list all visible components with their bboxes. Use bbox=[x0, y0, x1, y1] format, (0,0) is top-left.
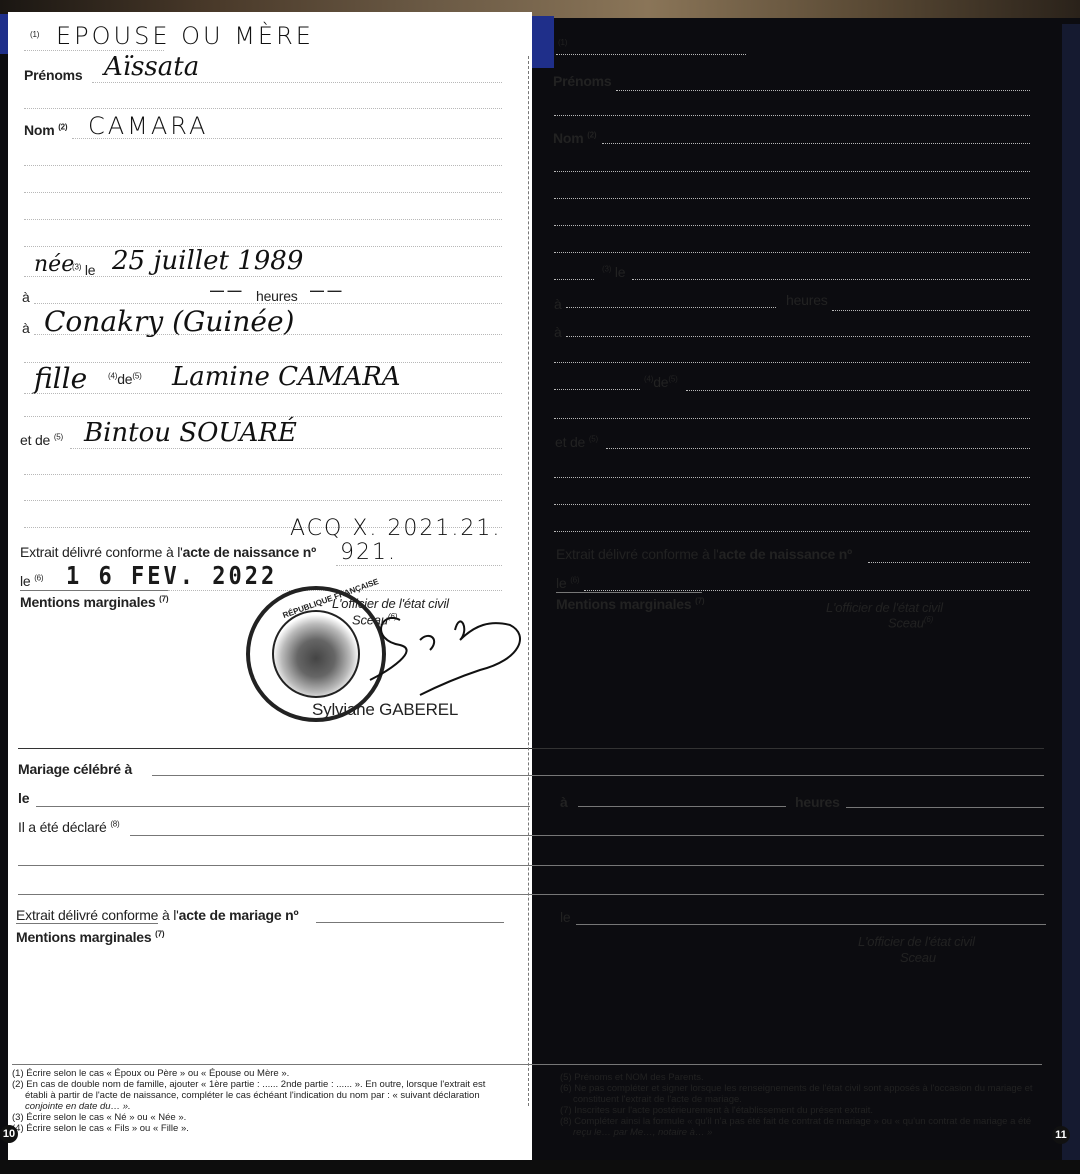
footnote: (6) Ne pas compléter et signer lorsque l… bbox=[560, 1083, 1050, 1094]
et-de-label: et de (5) bbox=[20, 432, 63, 448]
field-line bbox=[24, 416, 502, 417]
heures-label: heures bbox=[786, 292, 828, 308]
ne-value: née bbox=[34, 252, 74, 277]
prenoms-label: Prénoms bbox=[553, 73, 612, 89]
footnote: (8) Compléter ainsi la formule « qu'il n… bbox=[560, 1116, 1050, 1127]
field-line bbox=[556, 54, 746, 55]
field-line bbox=[72, 138, 502, 139]
field-line bbox=[24, 108, 502, 109]
de-label: (4)de(5) bbox=[108, 371, 142, 387]
footnote: établi à partir de l'acte de naissance, … bbox=[12, 1090, 512, 1101]
field-line bbox=[36, 806, 530, 807]
footnote: reçu le… par Me…, notaire à… » bbox=[560, 1127, 1050, 1138]
field-line bbox=[566, 336, 1030, 337]
prenoms-label: Prénoms bbox=[24, 67, 83, 83]
extrait-naissance-label: Extrait délivré conforme à l'acte de nai… bbox=[20, 544, 316, 560]
field-line bbox=[846, 807, 1044, 808]
footnote: (4) Écrire selon le cas « Fils » ou « Fi… bbox=[12, 1123, 512, 1134]
fils-fille-value: fille bbox=[34, 362, 87, 395]
field-line bbox=[316, 922, 504, 923]
field-line bbox=[554, 477, 1030, 478]
footnote: (5) Prénoms et NOM des Parents. bbox=[560, 1072, 1050, 1083]
field-line bbox=[20, 590, 168, 591]
field-line bbox=[16, 923, 158, 924]
field-line bbox=[832, 310, 1030, 311]
footnote-divider bbox=[12, 1064, 1042, 1065]
booklet-cover-edge bbox=[1062, 24, 1080, 1164]
field-line bbox=[616, 90, 1030, 91]
footnote: constituent l'extrait de l'acte de maria… bbox=[560, 1094, 1050, 1105]
footnote-ref: (1) bbox=[30, 30, 39, 39]
footnote: conjointe en date du… ». bbox=[12, 1101, 512, 1112]
field-line bbox=[554, 198, 1030, 199]
field-line bbox=[70, 448, 502, 449]
field-line bbox=[130, 835, 1044, 836]
page-number-left: 10 bbox=[0, 1125, 18, 1143]
field-line bbox=[554, 115, 1030, 116]
father-value: Lamine CAMARA bbox=[172, 362, 401, 392]
minutes-dash: — — bbox=[310, 282, 341, 298]
extrait-mariage-label: Extrait délivré conforme à l'acte de mar… bbox=[16, 907, 298, 923]
field-line bbox=[24, 500, 502, 501]
signatory-name: Sylviane GABEREL bbox=[312, 700, 458, 720]
footnote: (3) Écrire selon le cas « Né » ou « Née … bbox=[12, 1112, 512, 1123]
field-line bbox=[584, 590, 1030, 591]
sceau-2-label: Sceau bbox=[900, 950, 936, 965]
et-de-label: et de (5) bbox=[555, 434, 598, 450]
field-line bbox=[554, 252, 1030, 253]
seal-emblem bbox=[272, 610, 360, 698]
field-line bbox=[24, 219, 502, 220]
field-line bbox=[34, 334, 502, 335]
a-label: à bbox=[22, 289, 30, 305]
field-line bbox=[92, 82, 502, 83]
field-line bbox=[24, 165, 502, 166]
field-line bbox=[554, 531, 1030, 532]
place-label: à bbox=[22, 320, 30, 336]
field-line bbox=[336, 565, 502, 566]
officer-2-label: L'officier de l'état civil bbox=[858, 934, 975, 949]
mariage-a-label: à bbox=[560, 794, 568, 810]
field-line bbox=[686, 390, 1030, 391]
hours-dash: — — bbox=[210, 282, 241, 298]
field-line bbox=[24, 393, 502, 394]
background-surface bbox=[0, 1160, 1080, 1174]
footnote: (7) Inscrites sur l'acte postérieurement… bbox=[560, 1105, 1050, 1116]
acte-number-line2: 921. bbox=[340, 540, 397, 565]
field-line bbox=[554, 418, 1030, 419]
issue-date-stamp: 1 6 FEV. 2022 bbox=[66, 562, 277, 591]
footnote: (1) Écrire selon le cas « Époux ou Père … bbox=[12, 1068, 512, 1079]
birth-date-value: 25 juillet 1989 bbox=[112, 246, 303, 276]
mariage-le-label: le bbox=[18, 790, 29, 806]
mentions-marginales-2-label: Mentions marginales (7) bbox=[16, 929, 164, 945]
footnotes-right: (5) Prénoms et NOM des Parents. (6) Ne p… bbox=[560, 1072, 1050, 1138]
mother-value: Bintou SOUARÉ bbox=[84, 418, 297, 448]
de-label: (4)de(5) bbox=[644, 374, 678, 390]
spouse-role-value: EPOUSE OU MÈRE bbox=[56, 22, 314, 50]
le-label: (3) le bbox=[602, 264, 625, 280]
field-line bbox=[554, 389, 640, 390]
field-line bbox=[868, 562, 1030, 563]
officer-label: L'officier de l'état civil bbox=[826, 600, 943, 615]
nom-label: Nom (2) bbox=[24, 122, 67, 138]
acte-number-line1: ACQ X. 2021.21. bbox=[290, 516, 501, 541]
field-line bbox=[24, 192, 502, 193]
issue-date-label: le (6) bbox=[20, 573, 43, 589]
field-line bbox=[554, 504, 1030, 505]
field-line bbox=[554, 279, 594, 280]
footnote-ref: (1) bbox=[558, 38, 567, 47]
heures-label: heures bbox=[256, 288, 298, 304]
footnote: (2) En cas de double nom de famille, ajo… bbox=[12, 1079, 512, 1090]
field-line bbox=[578, 806, 786, 807]
sceau-label: Sceau(6) bbox=[888, 615, 933, 630]
nom-label: Nom (2) bbox=[553, 130, 596, 146]
field-line bbox=[606, 448, 1030, 449]
field-line bbox=[556, 592, 702, 593]
field-line bbox=[24, 276, 502, 277]
field-line bbox=[576, 924, 1046, 925]
field-line bbox=[34, 303, 502, 304]
footnotes-left: (1) Écrire selon le cas « Époux ou Père … bbox=[12, 1068, 512, 1134]
signature bbox=[360, 600, 530, 710]
a-label: à bbox=[554, 296, 562, 312]
field-line bbox=[554, 171, 1030, 172]
field-line bbox=[24, 50, 164, 51]
mentions-marginales-label: Mentions marginales (7) bbox=[20, 594, 168, 610]
field-line bbox=[632, 279, 1030, 280]
issue-date-label: le (6) bbox=[556, 575, 579, 591]
mariage-heures-label: heures bbox=[795, 794, 840, 810]
field-line bbox=[602, 143, 1030, 144]
field-line bbox=[152, 775, 1044, 776]
prenoms-value: Aïssata bbox=[104, 52, 199, 82]
extrait-naissance-label: Extrait délivré conforme à l'acte de nai… bbox=[556, 546, 852, 562]
mariage-extrait-le-label: le bbox=[560, 909, 571, 925]
mentions-marginales-label: Mentions marginales (7) bbox=[556, 596, 704, 612]
page-number-right: 11 bbox=[1052, 1126, 1070, 1144]
place-label: à bbox=[554, 324, 562, 340]
booklet-spine-stitching bbox=[528, 56, 536, 1106]
field-line bbox=[554, 362, 1030, 363]
mariage-label: Mariage célébré à bbox=[18, 761, 132, 777]
field-line bbox=[24, 474, 502, 475]
nom-value: CAMARA bbox=[88, 112, 208, 140]
declare-label: Il a été déclaré (8) bbox=[18, 819, 120, 835]
field-line bbox=[554, 225, 1030, 226]
field-line bbox=[566, 307, 776, 308]
